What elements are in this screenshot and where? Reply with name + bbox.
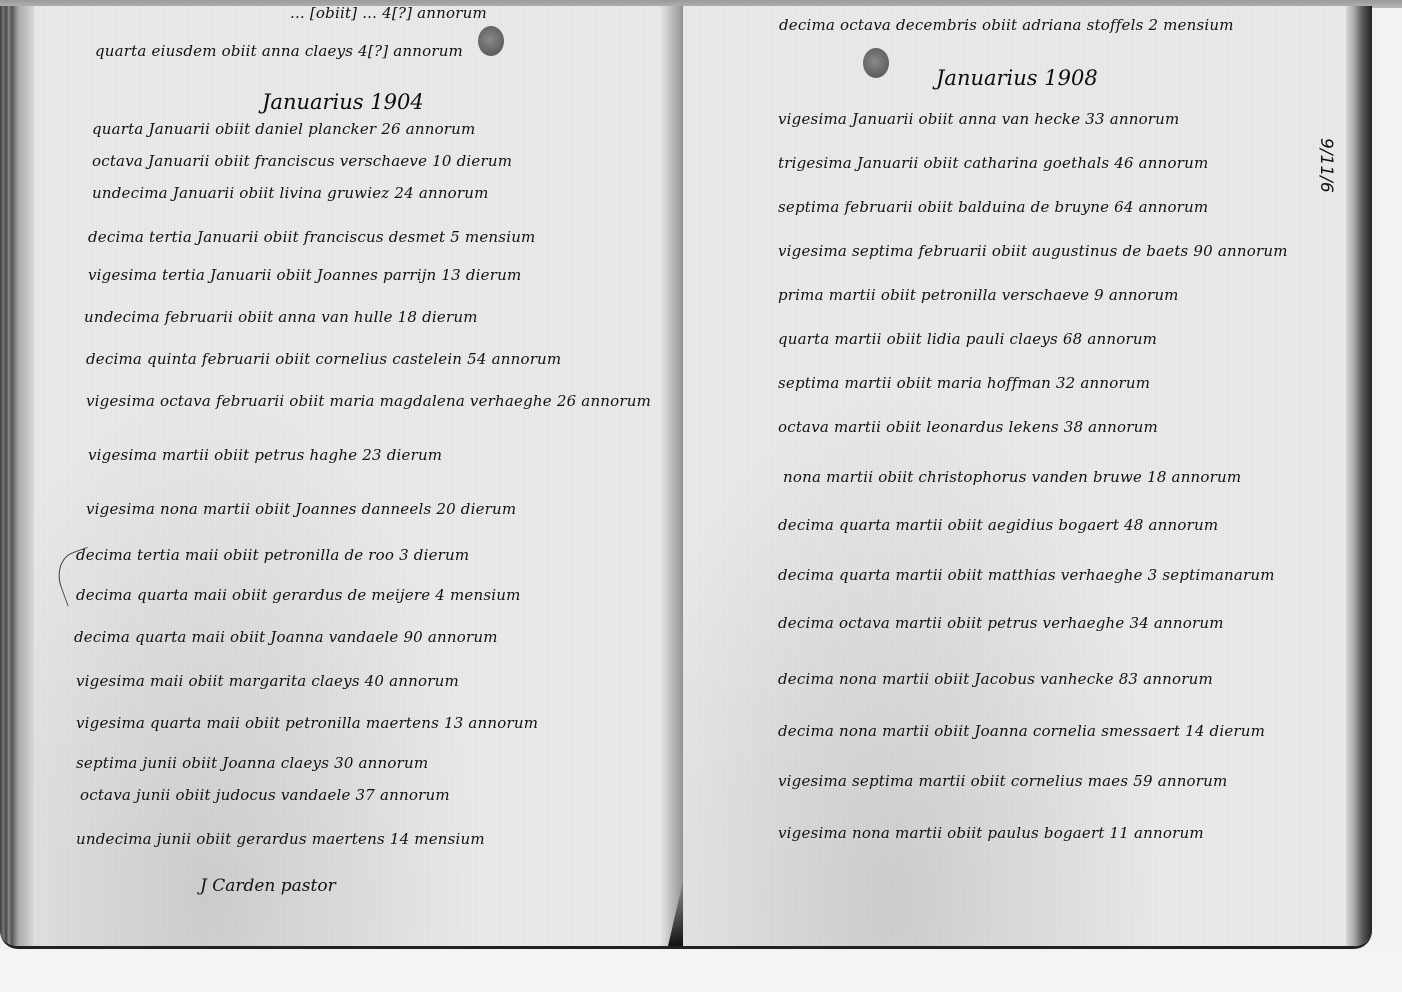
left-page: ... [obiit] ... 4[?] annorum quarta eius… xyxy=(0,6,683,946)
entry-line: decima octava martii obiit petrus verhae… xyxy=(778,614,1224,632)
carryover-line: ... [obiit] ... 4[?] annorum xyxy=(290,6,487,22)
entry-line: vigesima octava februarii obiit maria ma… xyxy=(86,392,651,410)
entry-line: decima tertia Januarii obiit franciscus … xyxy=(88,228,535,246)
pastor-signature: J Carden pastor xyxy=(200,876,336,896)
entry-line: vigesima Januarii obiit anna van hecke 3… xyxy=(778,110,1179,128)
entry-line: vigesima quarta maii obiit petronilla ma… xyxy=(76,714,538,732)
entry-line: quarta martii obiit lidia pauli claeys 6… xyxy=(778,330,1157,348)
page-stack-edge xyxy=(1346,6,1372,946)
entry-line: vigesima maii obiit margarita claeys 40 … xyxy=(76,672,459,690)
page-stack-edge xyxy=(0,6,34,946)
entry-line: nona martii obiit christophorus vanden b… xyxy=(783,468,1241,486)
entry-line: decima nona martii obiit Jacobus vanheck… xyxy=(778,670,1213,688)
entry-line: undecima junii obiit gerardus maertens 1… xyxy=(76,830,485,848)
entry-line: decima quarta martii obiit matthias verh… xyxy=(778,566,1275,584)
entry-line: undecima februarii obiit anna van hulle … xyxy=(84,308,478,326)
punch-hole-icon xyxy=(863,48,889,78)
entry-line: quarta eiusdem obiit anna claeys 4[?] an… xyxy=(95,42,463,60)
entry-line: prima martii obiit petronilla verschaeve… xyxy=(778,286,1179,304)
punch-hole-icon xyxy=(478,26,504,56)
entry-line: quarta Januarii obiit daniel plancker 26… xyxy=(92,120,475,138)
entry-line: vigesima septima martii obiit cornelius … xyxy=(778,772,1227,790)
entry-line: undecima Januarii obiit livina gruwiez 2… xyxy=(92,184,489,202)
entry-line: vigesima nona martii obiit Joannes danne… xyxy=(86,500,516,518)
entry-line: octava martii obiit leonardus lekens 38 … xyxy=(778,418,1158,436)
entry-line: septima martii obiit maria hoffman 32 an… xyxy=(778,374,1150,392)
year-heading: Januarius 1904 xyxy=(262,90,424,114)
margin-note: 9/11/6 xyxy=(1316,138,1336,193)
book-spread: ... [obiit] ... 4[?] annorum quarta eius… xyxy=(0,6,1372,949)
entry-line: decima octava decembris obiit adriana st… xyxy=(779,16,1234,34)
year-heading: Januarius 1908 xyxy=(936,66,1098,90)
entry-line: vigesima tertia Januarii obiit Joannes p… xyxy=(88,266,521,284)
entry-line: septima junii obiit Joanna claeys 30 ann… xyxy=(76,754,428,772)
entry-line: octava junii obiit judocus vandaele 37 a… xyxy=(80,786,450,804)
entry-line: decima quinta februarii obiit cornelius … xyxy=(86,350,561,368)
entry-line: vigesima nona martii obiit paulus bogaer… xyxy=(778,824,1204,842)
entry-line: octava Januarii obiit franciscus verscha… xyxy=(92,152,512,170)
entry-line: septima februarii obiit balduina de bruy… xyxy=(778,198,1208,216)
scanner-bed xyxy=(0,950,1402,992)
entry-line: trigesima Januarii obiit catharina goeth… xyxy=(778,154,1208,172)
entry-line: decima quarta martii obiit aegidius boga… xyxy=(778,516,1218,534)
entry-line: vigesima martii obiit petrus haghe 23 di… xyxy=(88,446,442,464)
entry-line: vigesima septima februarii obiit augusti… xyxy=(778,242,1288,260)
entry-line: decima nona martii obiit Joanna cornelia… xyxy=(778,722,1265,740)
entry-line: decima tertia maii obiit petronilla de r… xyxy=(76,546,469,564)
entry-line: decima quarta maii obiit gerardus de mei… xyxy=(76,586,521,604)
right-page: decima octava decembris obiit adriana st… xyxy=(683,6,1372,946)
entry-line: decima quarta maii obiit Joanna vandaele… xyxy=(74,628,498,646)
